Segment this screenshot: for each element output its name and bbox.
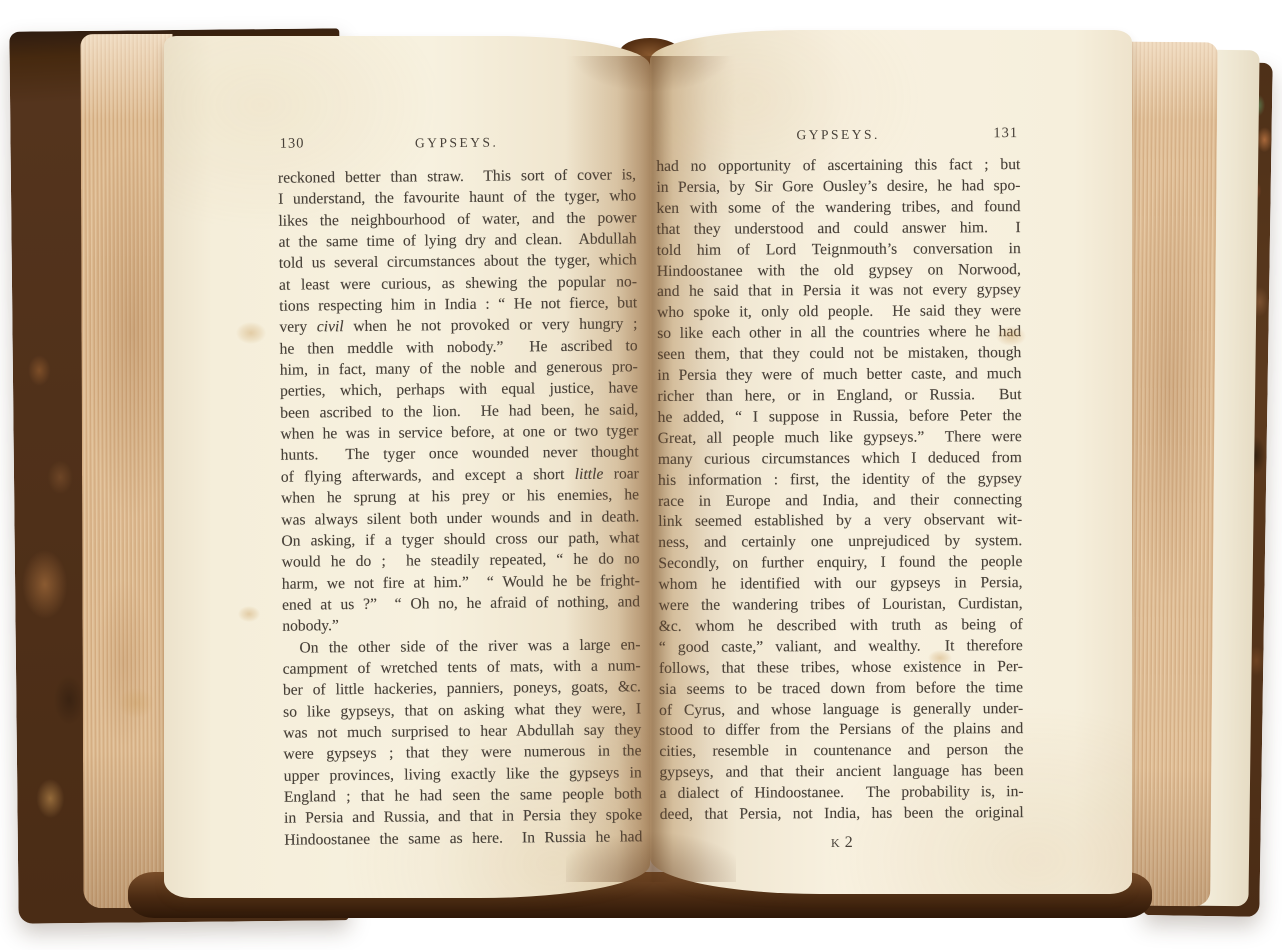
text-line: when he sprung at his prey or his enemie… xyxy=(281,484,639,509)
text-line: cities, resemble in countenance and pers… xyxy=(659,740,1023,763)
text-line: a dialect of Hindoostanee. The probabili… xyxy=(660,782,1024,805)
text-line: many curious circumstances which I deduc… xyxy=(658,448,1022,471)
text-line: deed, that Persia, not India, has been t… xyxy=(660,803,1024,826)
text-line: Secondly, on further enquiry, I found th… xyxy=(658,552,1022,575)
text-line: Great, all people much like gypseys.” Th… xyxy=(658,427,1022,450)
text-line: were the wandering tribes of Louristan, … xyxy=(659,594,1023,617)
text-line: link seemed established by a very observ… xyxy=(658,510,1022,533)
left-page-content: 130 GYPSEYS. reckoned better than straw.… xyxy=(278,132,643,850)
text-line: he added, “ I suppose in Russia, before … xyxy=(658,406,1022,429)
text-line: told us several circumstances about the … xyxy=(279,250,637,275)
signature-number: 2 xyxy=(845,834,853,851)
text-line: race in Europe and India, and their conn… xyxy=(658,490,1022,513)
text-line: whom he identified with our gypseys in P… xyxy=(658,573,1022,596)
right-page-text: had no opportunity of ascertaining this … xyxy=(656,155,1023,826)
left-page-header: 130 GYPSEYS. xyxy=(278,132,636,154)
right-page-header: GYPSEYS. 131 xyxy=(656,125,1020,146)
text-line: who spoke it, only old people. He said t… xyxy=(657,301,1021,324)
text-line: Hindoostanee the same as here. In Russia… xyxy=(284,826,642,851)
text-line: had no opportunity of ascertaining this … xyxy=(656,155,1020,178)
page-number-131: 131 xyxy=(993,125,1018,142)
text-line: &c. whom he described with truth as bein… xyxy=(659,615,1023,638)
running-header-left: GYPSEYS. xyxy=(278,133,636,152)
right-page-fore-edge xyxy=(1120,42,1218,907)
text-line: of Cyrus, and whose language is generall… xyxy=(659,699,1023,722)
text-line: ened at us ?” “ Oh no, he afraid of noth… xyxy=(282,591,640,616)
text-line: and he said that in Persia it was not ev… xyxy=(657,280,1021,303)
text-line: that they understood and could answer hi… xyxy=(657,218,1021,241)
text-line: ken with some of the wandering tribes, a… xyxy=(656,197,1020,220)
text-line: richer than here, or in England, or Russ… xyxy=(657,385,1021,408)
text-line: very civil when he not provoked or very … xyxy=(279,314,637,339)
text-line: sia seems to be traced down from before … xyxy=(659,678,1023,701)
text-line: seen them, that they could not be mistak… xyxy=(657,343,1021,366)
text-line: follows, that these tribes, whose existe… xyxy=(659,657,1023,680)
text-line: gypseys, and that their ancient language… xyxy=(659,761,1023,784)
text-line: I understand, the favourite haunt of the… xyxy=(278,186,636,211)
text-line: told him of Lord Teignmouth’s conversati… xyxy=(657,239,1021,262)
left-page-text: reckoned better than straw. This sort of… xyxy=(278,164,643,850)
text-line: would he do ; he steadily repeated, “ he… xyxy=(282,548,640,573)
text-line: were gypseys ; that they were numerous i… xyxy=(283,741,641,766)
text-line: “ good caste,” valiant, and wealthy. It … xyxy=(659,636,1023,659)
text-line: his information : first, the identity of… xyxy=(658,469,1022,492)
text-line: stood to differ from the Persians of the… xyxy=(659,720,1023,743)
text-line: ber of little hackeries, panniers, poney… xyxy=(283,677,641,702)
left-page-fore-edge xyxy=(80,34,175,908)
running-header-right: GYPSEYS. xyxy=(656,126,1020,144)
text-line: in Persia they were of much better caste… xyxy=(657,364,1021,387)
text-line: Hindoostanee with the old gypsey on Norw… xyxy=(657,260,1021,283)
signature-mark: K 2 xyxy=(660,833,1024,853)
photo-background: 130 GYPSEYS. reckoned better than straw.… xyxy=(0,0,1282,950)
right-page-content: GYPSEYS. 131 had no opportunity of ascer… xyxy=(656,125,1024,853)
text-line: in Persia, by Sir Gore Ousley’s desire, … xyxy=(656,176,1020,199)
signature-letter: K xyxy=(831,836,841,850)
text-line: so like each other in all the countries … xyxy=(657,322,1021,345)
text-line: ness, and certainly one unprejudiced by … xyxy=(658,531,1022,554)
text-line: in Persia and Russia, and that in Persia… xyxy=(284,805,642,830)
